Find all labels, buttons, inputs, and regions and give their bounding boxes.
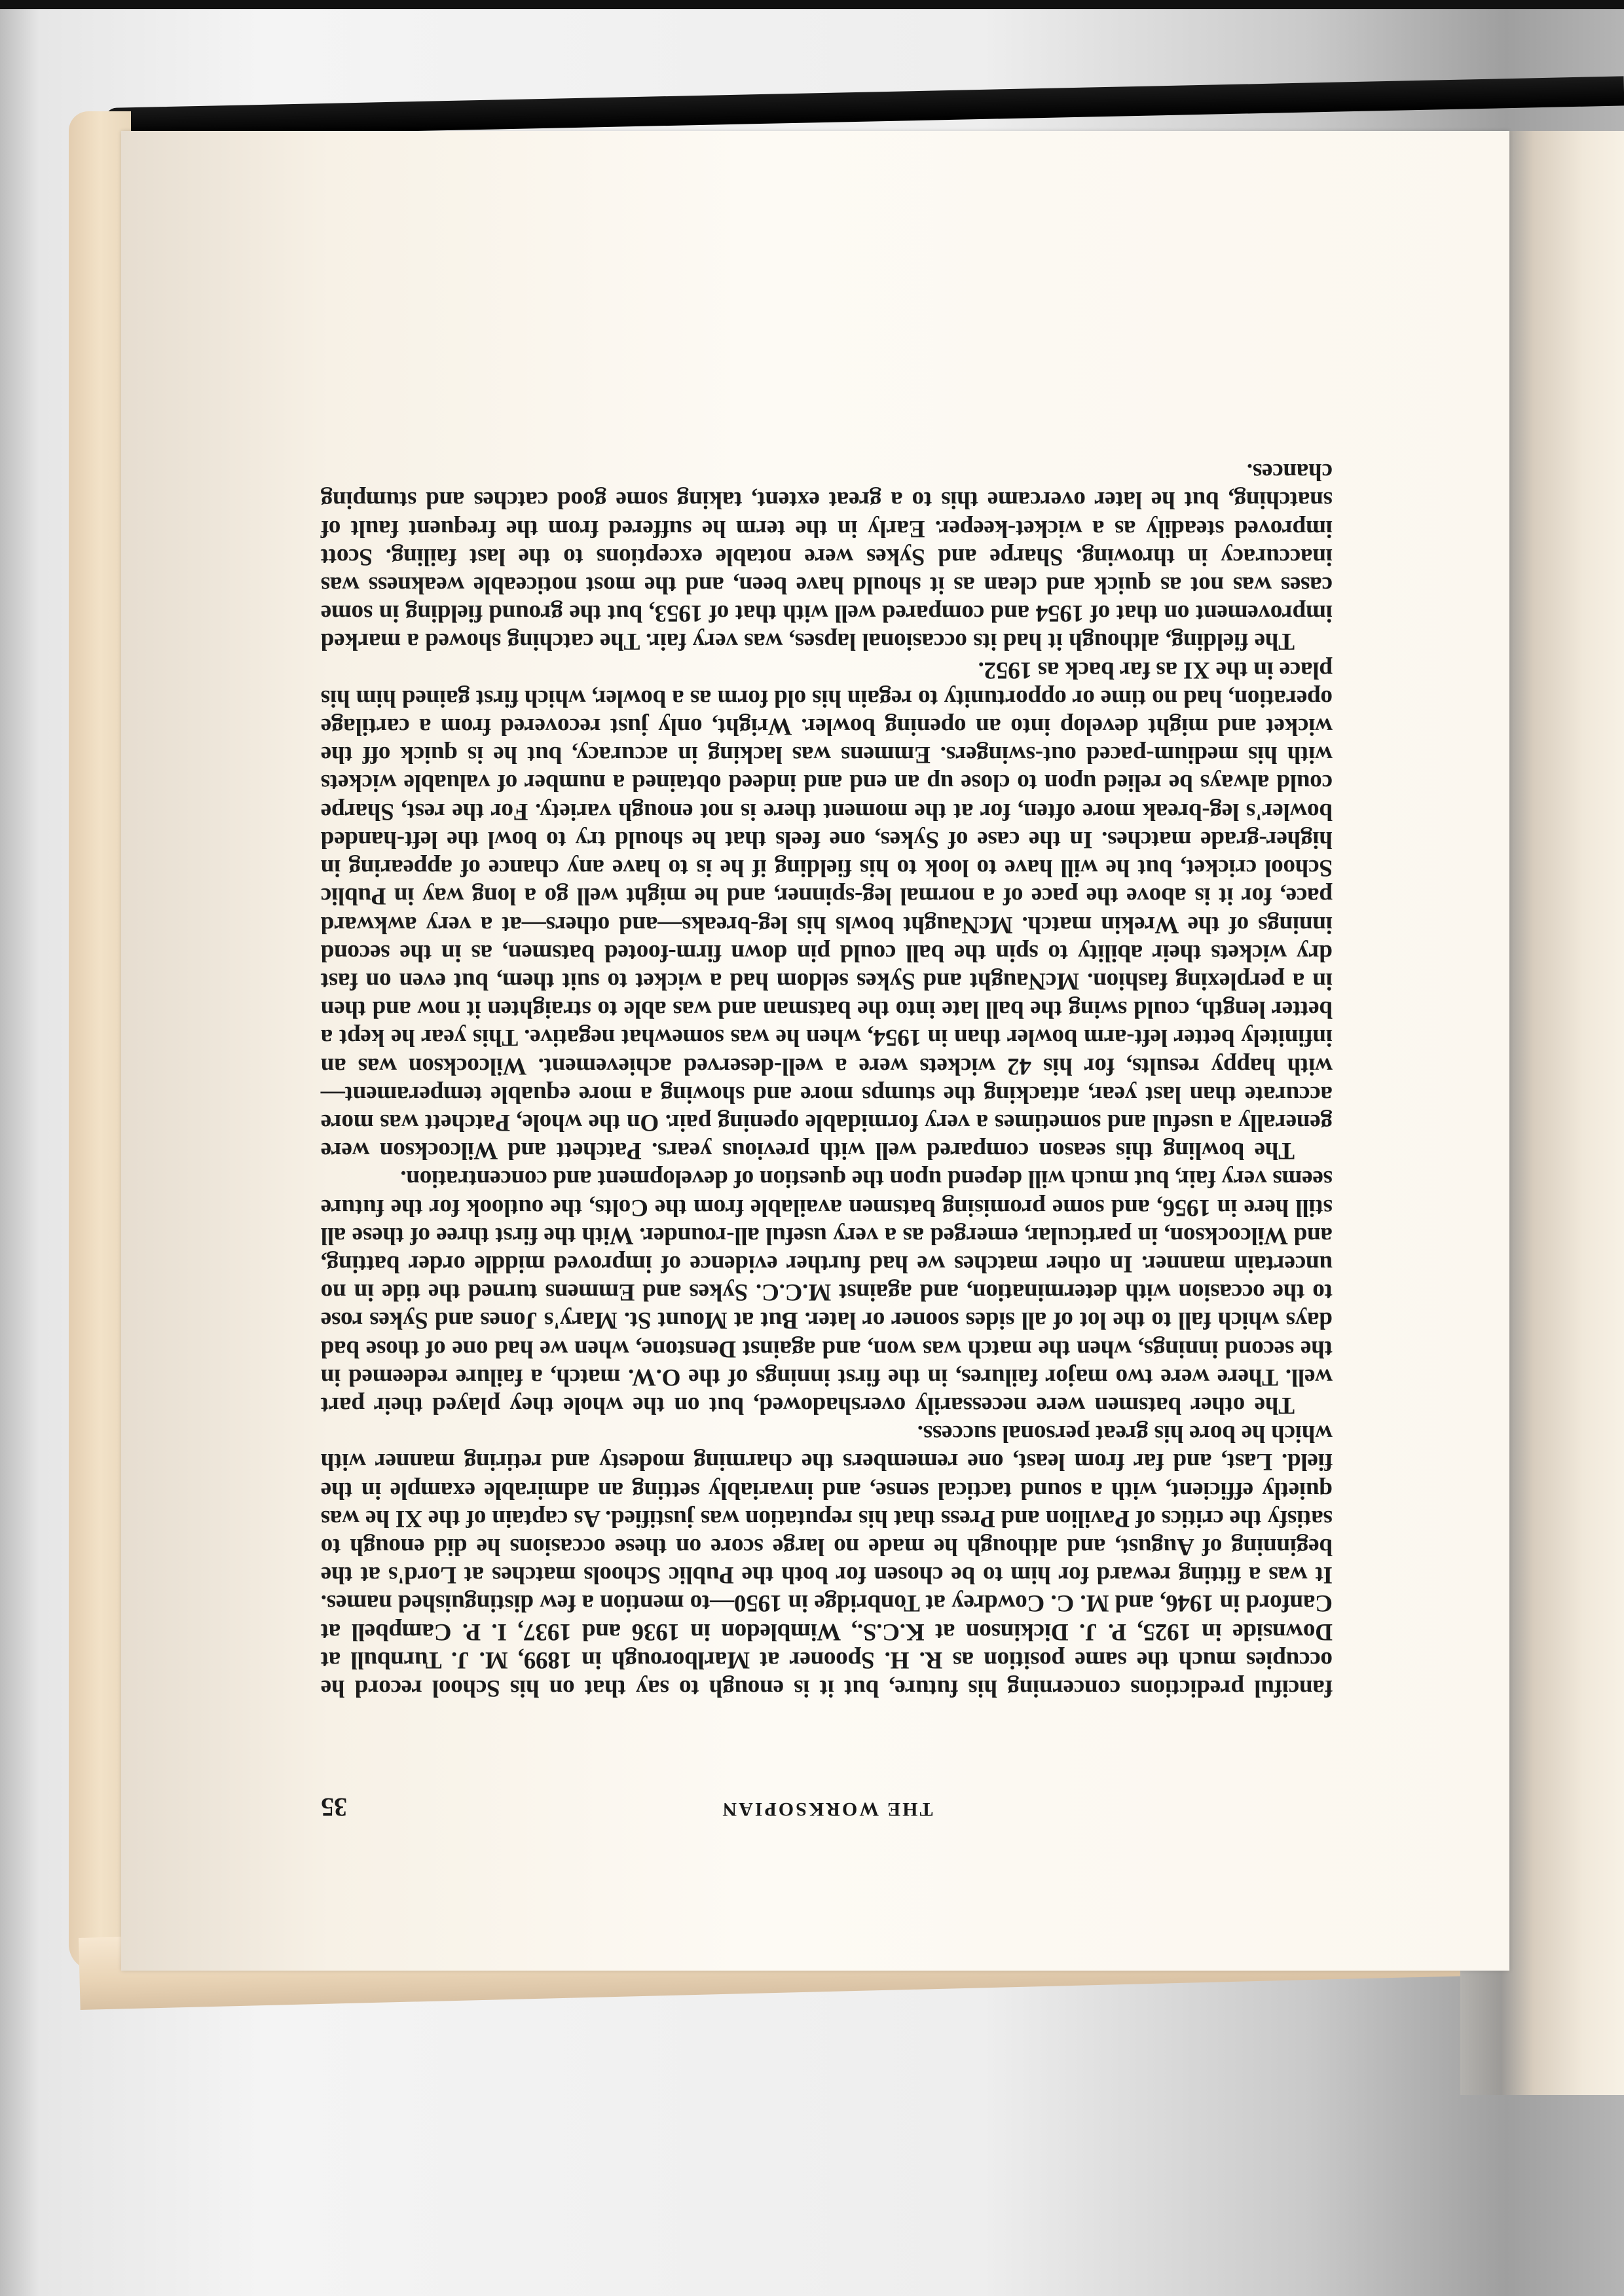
book-cover-edge (105, 76, 1624, 137)
paragraph-fielding: The fielding, although it had its occasi… (321, 458, 1333, 655)
book-page: THE WORKSOPIAN 35 fanciful predictions c… (121, 131, 1509, 1971)
scanner-top-shadow (0, 0, 1624, 9)
paragraph-captain-tribute: fanciful predictions concerning his futu… (321, 1419, 1333, 1702)
running-title: THE WORKSOPIAN (321, 1798, 1333, 1820)
paragraph-batting: The other batsmen were necessarily overs… (321, 1165, 1333, 1419)
running-head: THE WORKSOPIAN 35 (321, 1781, 1333, 1820)
page-content: THE WORKSOPIAN 35 fanciful predictions c… (321, 458, 1333, 1820)
paragraph-bowling: The bowling this season compared well wi… (321, 655, 1333, 1165)
page-number: 35 (321, 1792, 347, 1823)
